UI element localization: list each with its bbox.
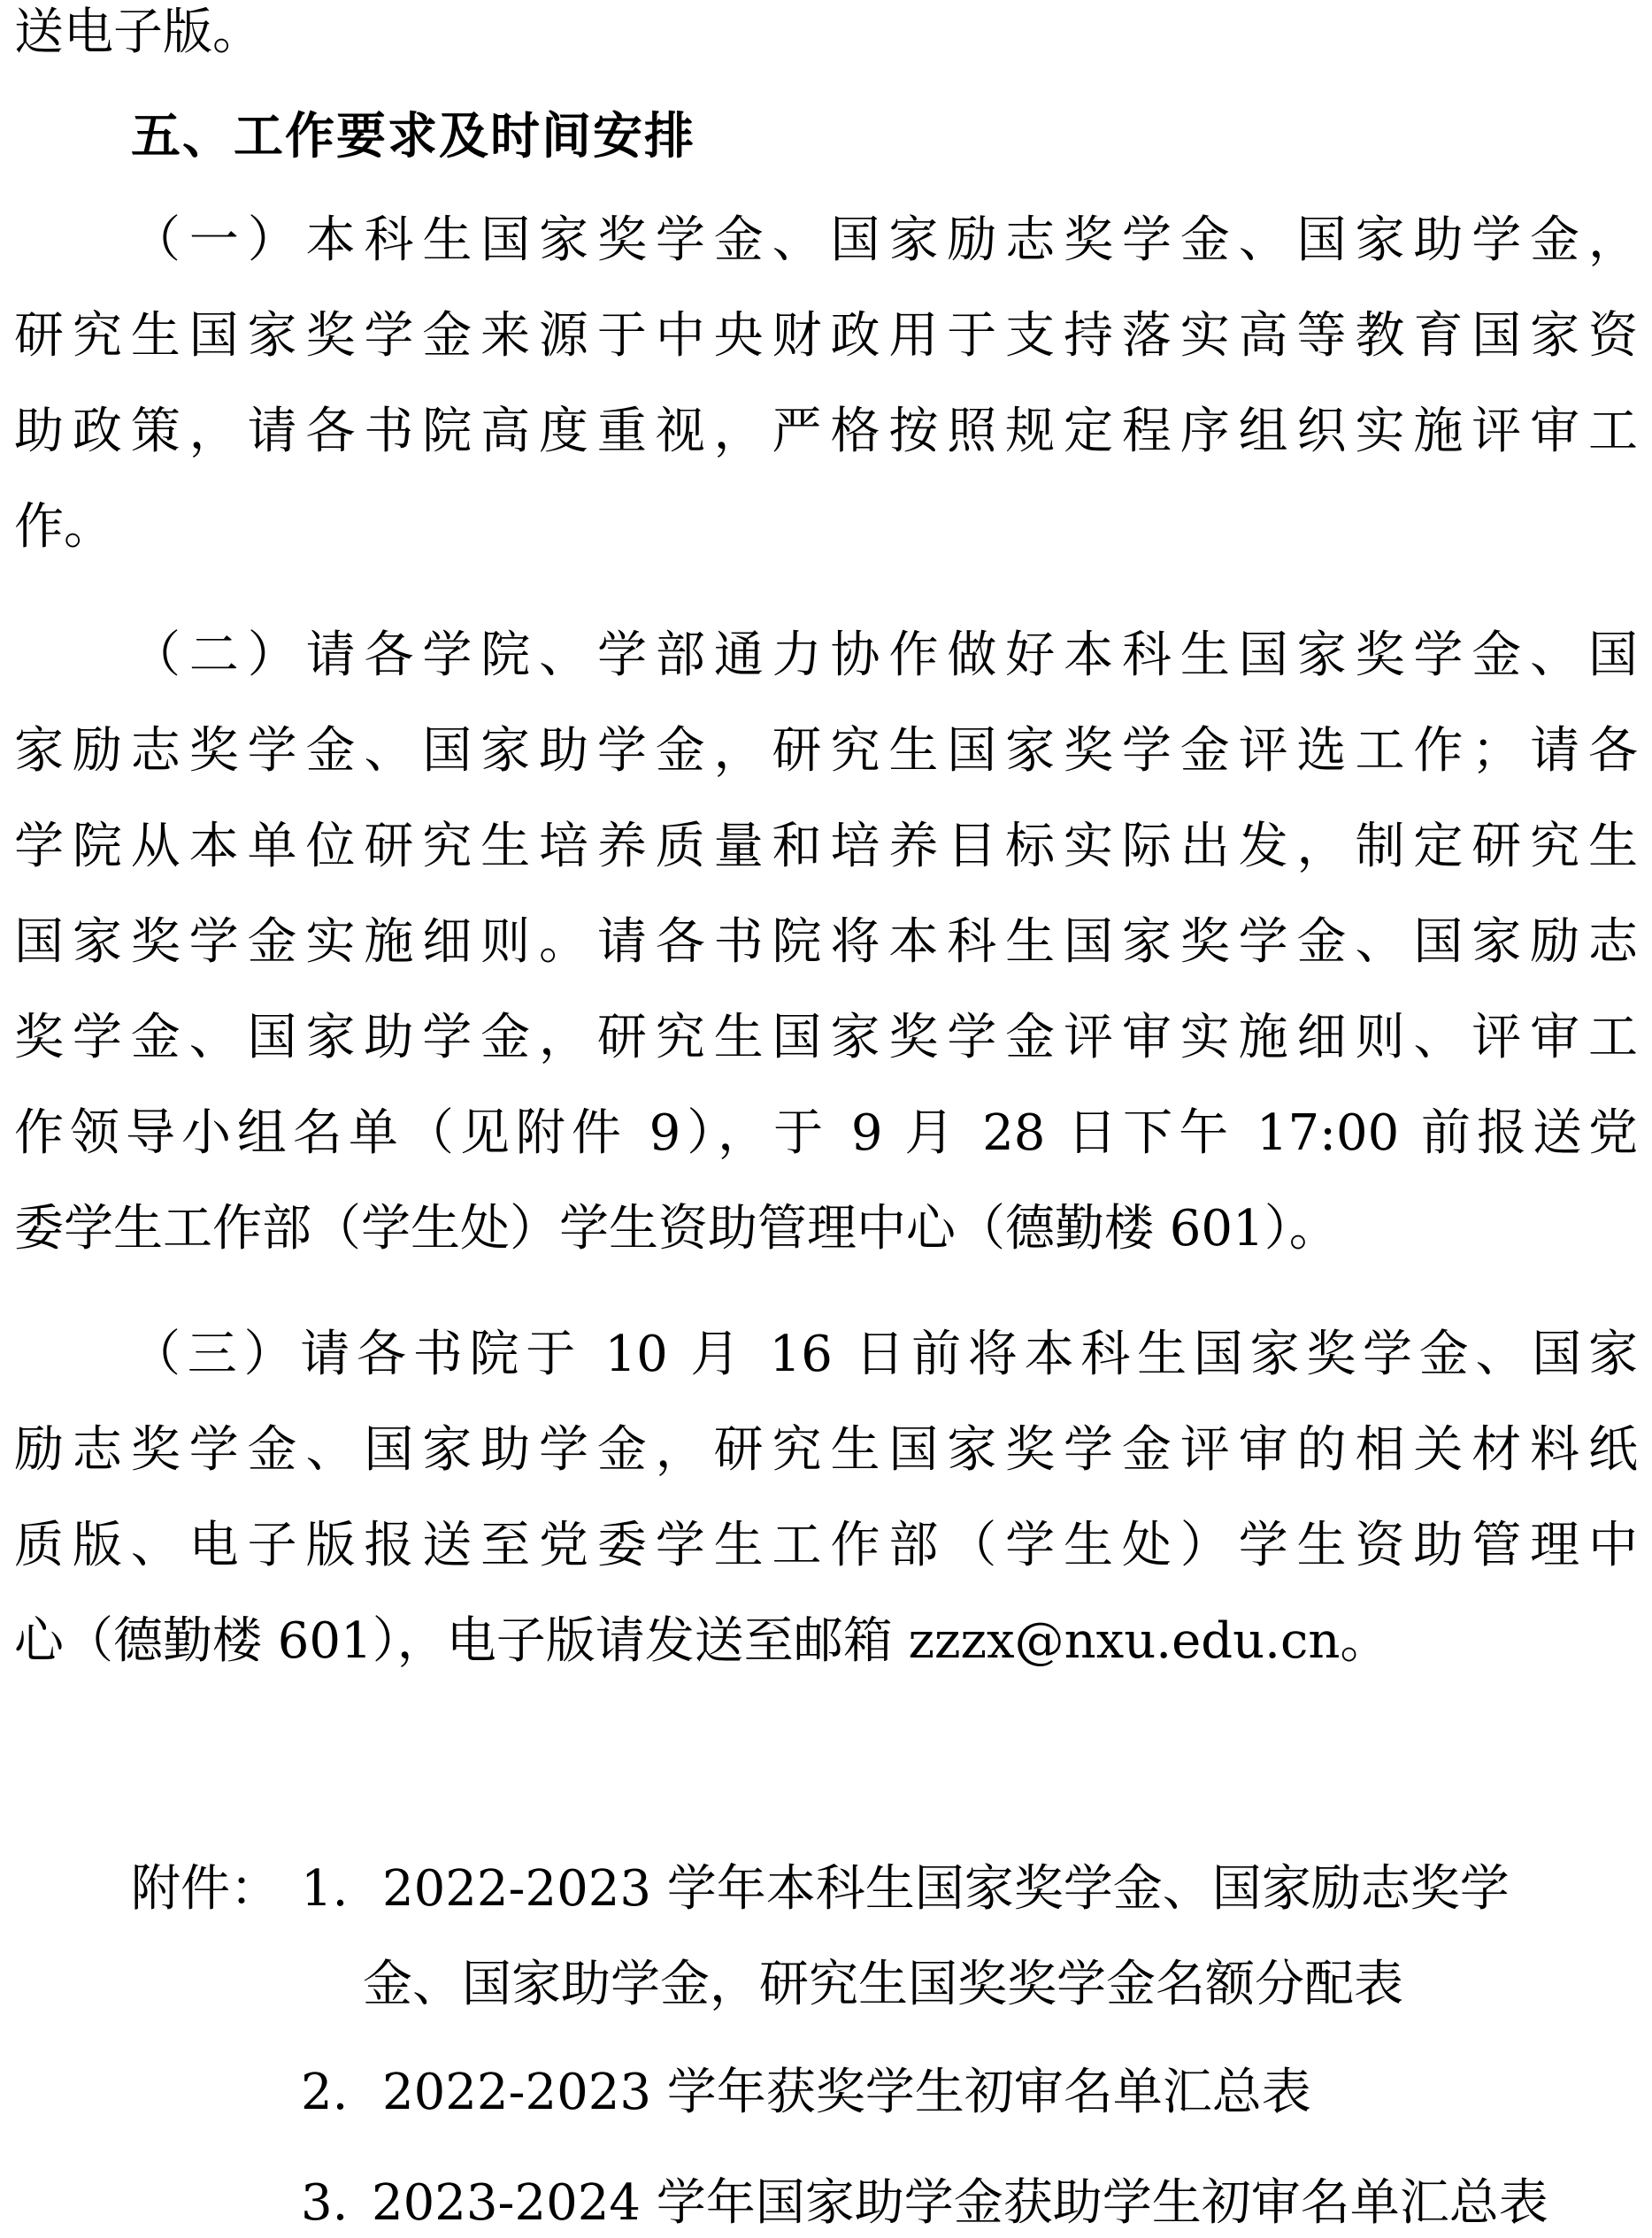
paragraph-line: （二）请各学院、学部通力协作做好本科生国家奖学金、国	[131, 625, 1638, 687]
attachment-number: 2.	[301, 2062, 348, 2124]
lead-line: 送电子版。	[14, 2, 1638, 64]
paragraph-line: 学院从本单位研究生培养质量和培养目标实际出发，制定研究生	[14, 816, 1638, 878]
paragraph-line: 国家奖学金实施细则。请各书院将本科生国家奖学金、国家励志	[14, 911, 1638, 973]
attachment-title: 2022-2023 学年本科生国家奖学金、国家励志奖学	[382, 1858, 1510, 1920]
paragraph-line: 心（德勤楼 601），电子版请发送至邮箱 zzzx@nxu.edu.cn。	[14, 1611, 1638, 1673]
paragraph-line: 研究生国家奖学金来源于中央财政用于支持落实高等教育国家资	[14, 305, 1638, 367]
paragraph-line: 作领导小组名单（见附件 9），于 9 月 28 日下午 17:00 前报送党	[14, 1103, 1638, 1165]
paragraph-line: 委学生工作部（学生处）学生资助管理中心（德勤楼 601）。	[14, 1198, 1638, 1260]
paragraph-line: 助政策，请各书院高度重视，严格按照规定程序组织实施评审工	[14, 401, 1638, 463]
paragraph-line: 质版、电子版报送至党委学生工作部（学生处）学生资助管理中	[14, 1515, 1638, 1577]
paragraph-line: 励志奖学金、国家助学金，研究生国家奖学金评审的相关材料纸	[14, 1419, 1638, 1481]
attachments-label: 附件：	[131, 1858, 280, 1920]
attachment-number: 3.	[301, 2173, 348, 2234]
attachment-number: 1.	[301, 1858, 348, 1920]
section-heading: 五、工作要求及时间安排	[131, 106, 695, 168]
paragraph-line: 家励志奖学金、国家助学金，研究生国家奖学金评选工作；请各	[14, 720, 1638, 782]
paragraph-line: （三）请各书院于 10 月 16 日前将本科生国家奖学金、国家	[131, 1324, 1638, 1386]
paragraph-line: 奖学金、国家助学金，研究生国家奖学金评审实施细则、评审工	[14, 1007, 1638, 1069]
attachment-title: 2023-2024 学年国家助学金获助学生初审名单汇总表	[372, 2173, 1548, 2234]
paragraph-line: （一）本科生国家奖学金、国家励志奖学金、国家助学金，	[131, 210, 1638, 272]
attachment-title-continued: 金、国家助学金，研究生国奖奖学金名额分配表	[363, 1954, 1403, 2016]
paragraph-line: 作。	[14, 496, 1638, 558]
attachment-title: 2022-2023 学年获奖学生初审名单汇总表	[382, 2062, 1311, 2124]
